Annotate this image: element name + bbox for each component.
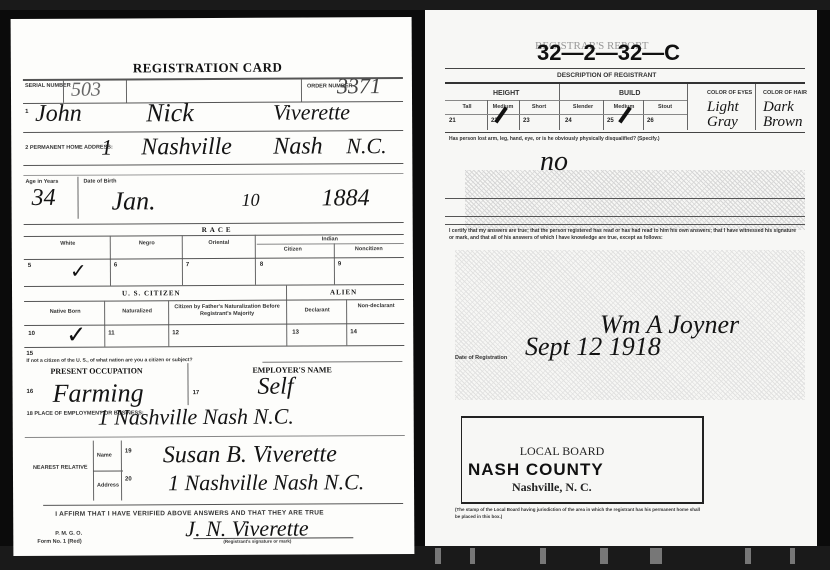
first-name: John (35, 101, 82, 128)
occupation-label: PRESENT OCCUPATION (50, 366, 142, 375)
hair-color-label: COLOR OF HAIR (763, 90, 797, 97)
home-address-rfd: 1 (101, 135, 112, 161)
nation-question: If not a citizen of the U. S., of what n… (26, 357, 192, 364)
registration-card-front: REGISTRATION CARD SERIAL NUMBER 503 ORDE… (11, 17, 415, 556)
relative-name-value: Susan B. Viverette (163, 441, 337, 469)
dob-year: 1884 (321, 185, 369, 212)
native-born-checkmark: ✓ (66, 321, 86, 349)
form-code: P. M. G. O. (55, 531, 82, 537)
order-number-value: 3371 (337, 73, 381, 99)
card-title: REGISTRATION CARD (133, 60, 283, 77)
film-perforation (790, 548, 795, 564)
age-value: 34 (31, 185, 55, 212)
citizen-col-naturalized: Naturalized (106, 308, 168, 314)
local-board-stamp-box: LOCAL BOARD NASH COUNTY Nashville, N. C. (461, 416, 704, 504)
middle-name: Nick (146, 98, 194, 128)
question-30: I certify that my answers are true; that… (449, 228, 801, 242)
signature-caption: (Registrant's signature or mark) (223, 539, 291, 544)
height-heading: HEIGHT (493, 90, 519, 97)
stamp-caption: (The stamp of the Local Board having jur… (455, 506, 705, 520)
description-subtitle: DESCRIPTION OF REGISTRANT (557, 72, 656, 79)
us-citizen-heading: U. S. CITIZEN (122, 289, 181, 297)
nearest-relative-label: NEAREST RELATIVE (33, 465, 83, 472)
stamp-number: 32—2—32—C (537, 40, 680, 66)
alien-col-non-declarant: Non-declarant (348, 303, 404, 310)
serial-number-value: 503 (71, 79, 101, 102)
stamp-local-board: LOCAL BOARD (462, 444, 662, 459)
dob-label: Date of Birth (83, 179, 116, 185)
serial-number-label: SERIAL NUMBER (25, 83, 75, 90)
citizen-col-by-father: Citizen by Father's Naturalization Befor… (170, 304, 284, 319)
race-col-white: White (26, 241, 110, 247)
dob-month: Jan. (111, 186, 155, 216)
build-heading: BUILD (619, 90, 640, 97)
citizen-col-native-born: Native Born (26, 309, 104, 315)
relative-name-label: Name (97, 453, 112, 459)
film-perforation (600, 548, 608, 564)
race-col-citizen: Citizen (258, 246, 328, 252)
question-29: Has person lost arm, leg, hand, eye, or … (449, 136, 799, 143)
eye-color-value: Light Gray (707, 100, 751, 130)
hair-color-value: Dark Brown (763, 100, 813, 130)
indian-label: Indian (322, 236, 338, 242)
place-employment-value: 1 Nashville Nash N.C. (98, 404, 294, 431)
stamp-nashville: Nashville, N. C. (512, 480, 592, 495)
film-perforation (435, 548, 441, 564)
home-address-state: N.C. (346, 133, 386, 159)
employer-value: Self (257, 374, 293, 401)
film-perforation (650, 548, 662, 564)
dob-day: 10 (241, 190, 259, 211)
alien-heading: ALIEN (330, 288, 357, 296)
home-address-city: Nashville (141, 134, 232, 161)
race-col-negro: Negro (112, 240, 182, 246)
home-address-label: 2 PERMANENT HOME ADDRESS: (25, 145, 113, 151)
faded-background (465, 170, 805, 230)
home-address-county: Nash (273, 133, 323, 160)
registrars-report-back: REGISTRAR'S REPORT 32—2—32—C DESCRIPTION… (425, 10, 817, 546)
race-heading: RACE (202, 226, 234, 234)
race-col-noncitizen: Noncitizen (334, 246, 404, 252)
relative-address-label: Address (97, 482, 119, 488)
race-white-checkmark: ✓ (70, 259, 87, 283)
stamp-nash-county: NASH COUNTY (468, 460, 604, 480)
alien-col-declarant: Declarant (288, 307, 346, 313)
film-perforation (470, 548, 475, 564)
film-edge-top (0, 0, 830, 10)
film-perforation (745, 548, 751, 564)
registration-date-label: Date of Registration (455, 355, 507, 361)
form-number: Form No. 1 (Red) (37, 539, 81, 545)
last-name: Viverette (273, 99, 350, 125)
registration-date: Sept 12 1918 (525, 332, 661, 362)
eye-color-label: COLOR OF EYES (707, 90, 741, 97)
relative-address-value: 1 Nashville Nash N.C. (168, 469, 364, 496)
film-perforation (540, 548, 546, 564)
race-col-oriental: Oriental (184, 240, 254, 246)
